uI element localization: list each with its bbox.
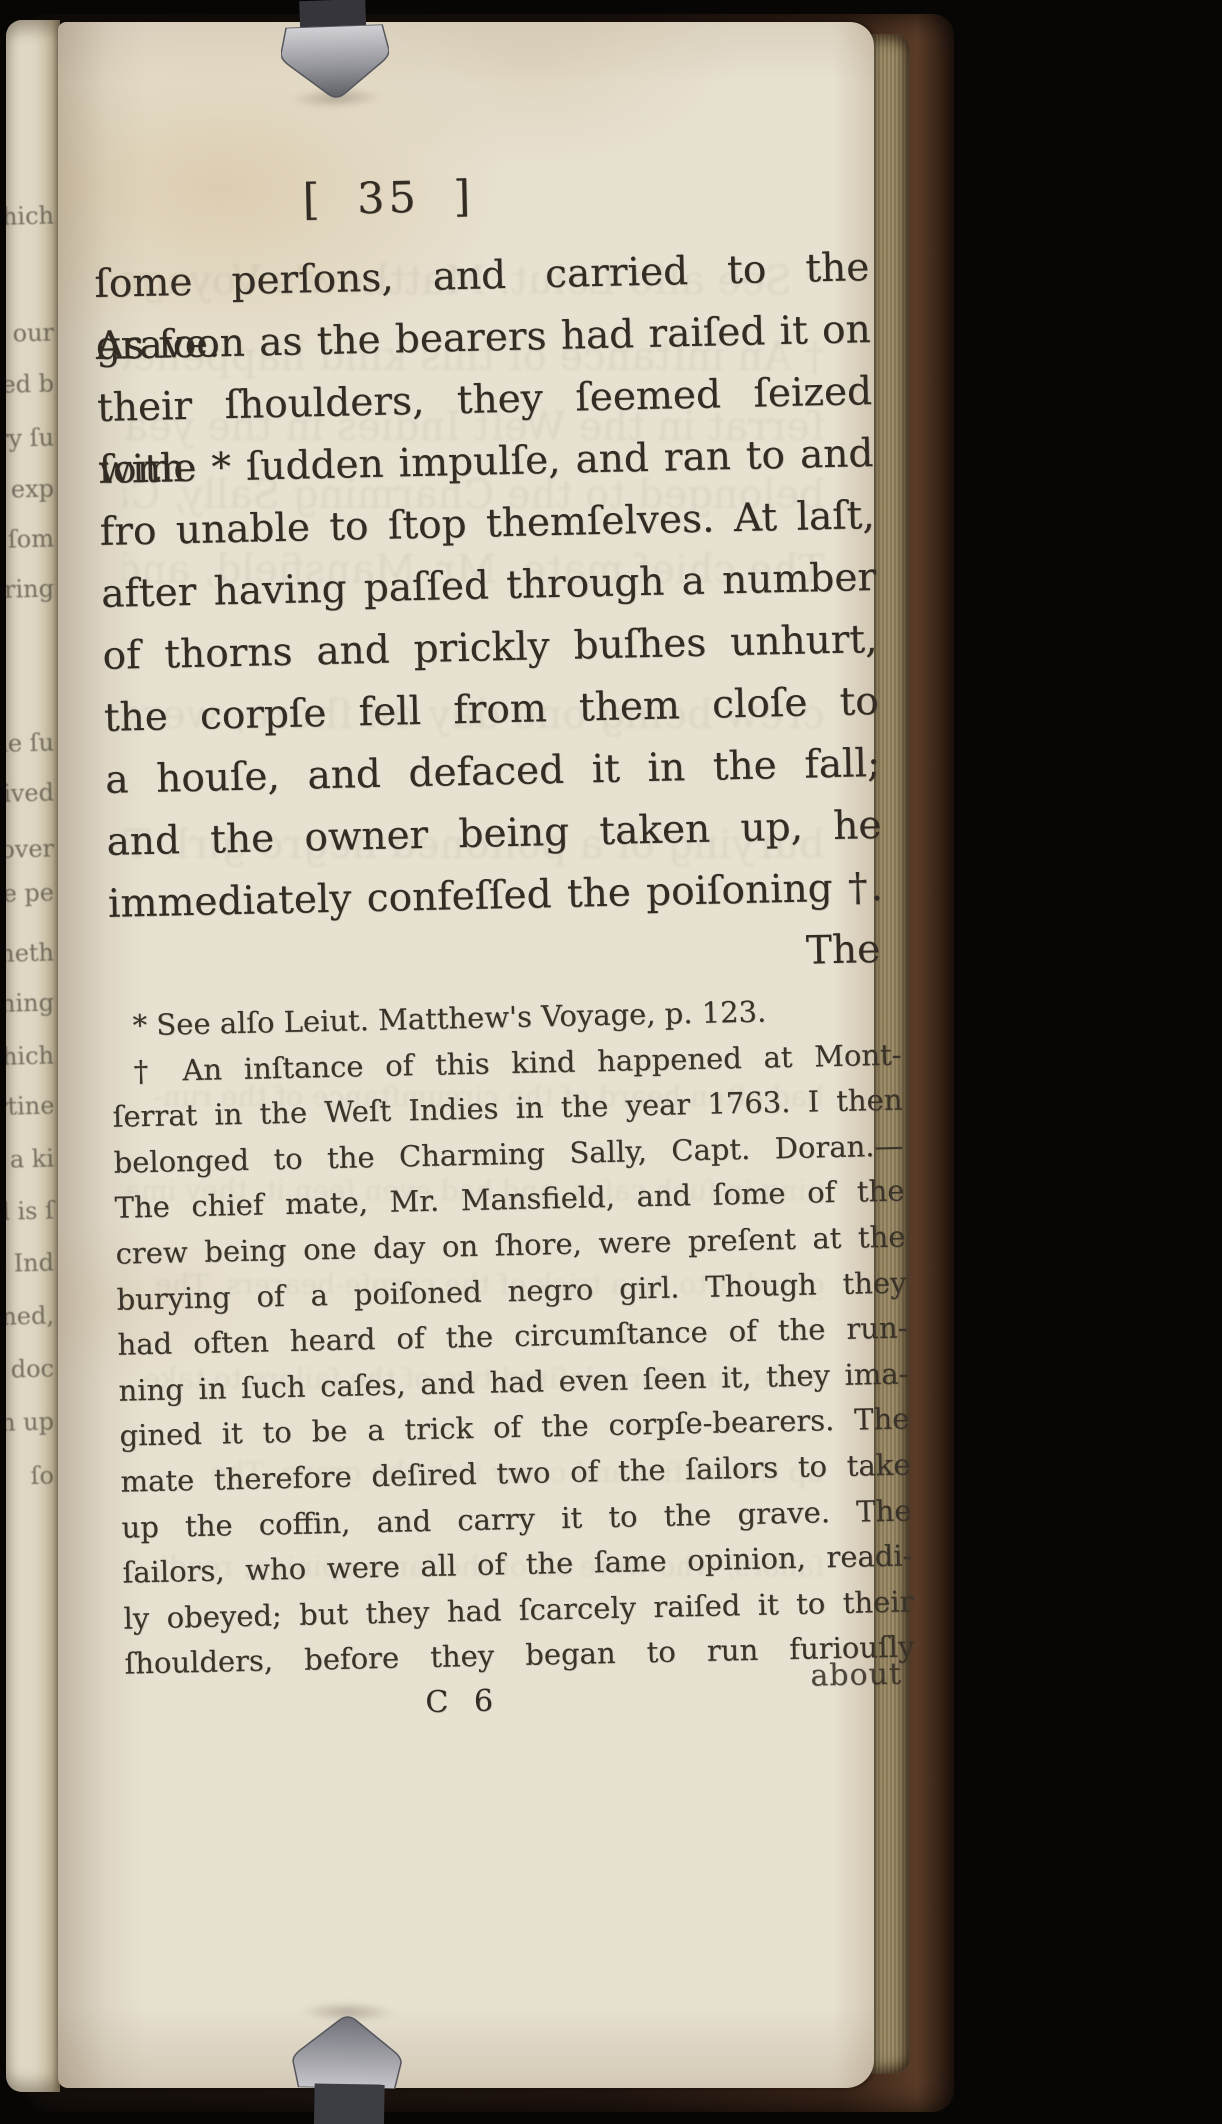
facing-page-text-fragment: ſe ſom [6, 525, 54, 554]
page-holder-clip-bottom [288, 2005, 406, 2124]
facing-page-text-fragment: impertine [6, 1092, 54, 1121]
facing-page-text-fragment: e as a ki [6, 1145, 54, 1174]
facing-page-text-fragment: oſe meth [6, 939, 54, 968]
facing-page-text-fragment: ſo our [6, 319, 54, 348]
footnotes-block: * See alſo Leiut. Matthew's Voyage, p. 1… [110, 987, 915, 1688]
book-photograph: which ſo our tiſed b very ſu d exp ſe ſo… [0, 0, 1222, 2124]
facing-page-text-fragment: ſo [6, 1462, 54, 1491]
facing-page-text-fragment: over [6, 835, 54, 864]
facing-page-text-fragment: oiſoned, [6, 1302, 54, 1331]
clip-strap [314, 2083, 385, 2124]
facing-page-text-fragment: o, which [6, 1042, 54, 1071]
facing-page-text-fragment: oiſoning [6, 989, 54, 1018]
facing-page-text-fragment: erived [6, 779, 54, 808]
body-text: ſome perſons, and carried to the grave. … [94, 237, 885, 998]
page-text-block: [ 35 ] ſome perſons, and carried to the … [92, 155, 901, 1737]
facing-page-text-fragment: d exp [6, 475, 54, 504]
book-page: * See alſo Leiut. Matthew's Voyage, p. 1… [58, 22, 874, 2088]
facing-page-text-fragment: which [6, 202, 54, 231]
page-holder-clip-top [279, 0, 391, 106]
facing-page-text-fragment: ken up [6, 1408, 54, 1437]
clip-metal-head-icon [289, 2013, 406, 2089]
catchword: about [810, 1657, 902, 1694]
page-number-header: [ 35 ] [92, 155, 868, 238]
facing-page-sliver: which ſo our tiſed b very ſu d exp ſe ſo… [6, 20, 60, 2092]
facing-page-text-fragment: f the pe [6, 879, 54, 908]
facing-page-text-fragment: overing [6, 575, 54, 604]
facing-page-text-fragment: the ſu [6, 729, 54, 758]
facing-page-text-fragment: eſt Ind [6, 1249, 54, 1278]
signature-mark: C 6 [425, 1683, 501, 1720]
facing-page-text-fragment: tiſed b [6, 370, 54, 399]
facing-page-text-fragment: nd is ſ [6, 1197, 54, 1226]
facing-page-text-fragment: very ſu [6, 424, 54, 453]
clip-metal-head-icon [280, 24, 391, 102]
facing-page-text-fragment: the doc [6, 1355, 54, 1384]
